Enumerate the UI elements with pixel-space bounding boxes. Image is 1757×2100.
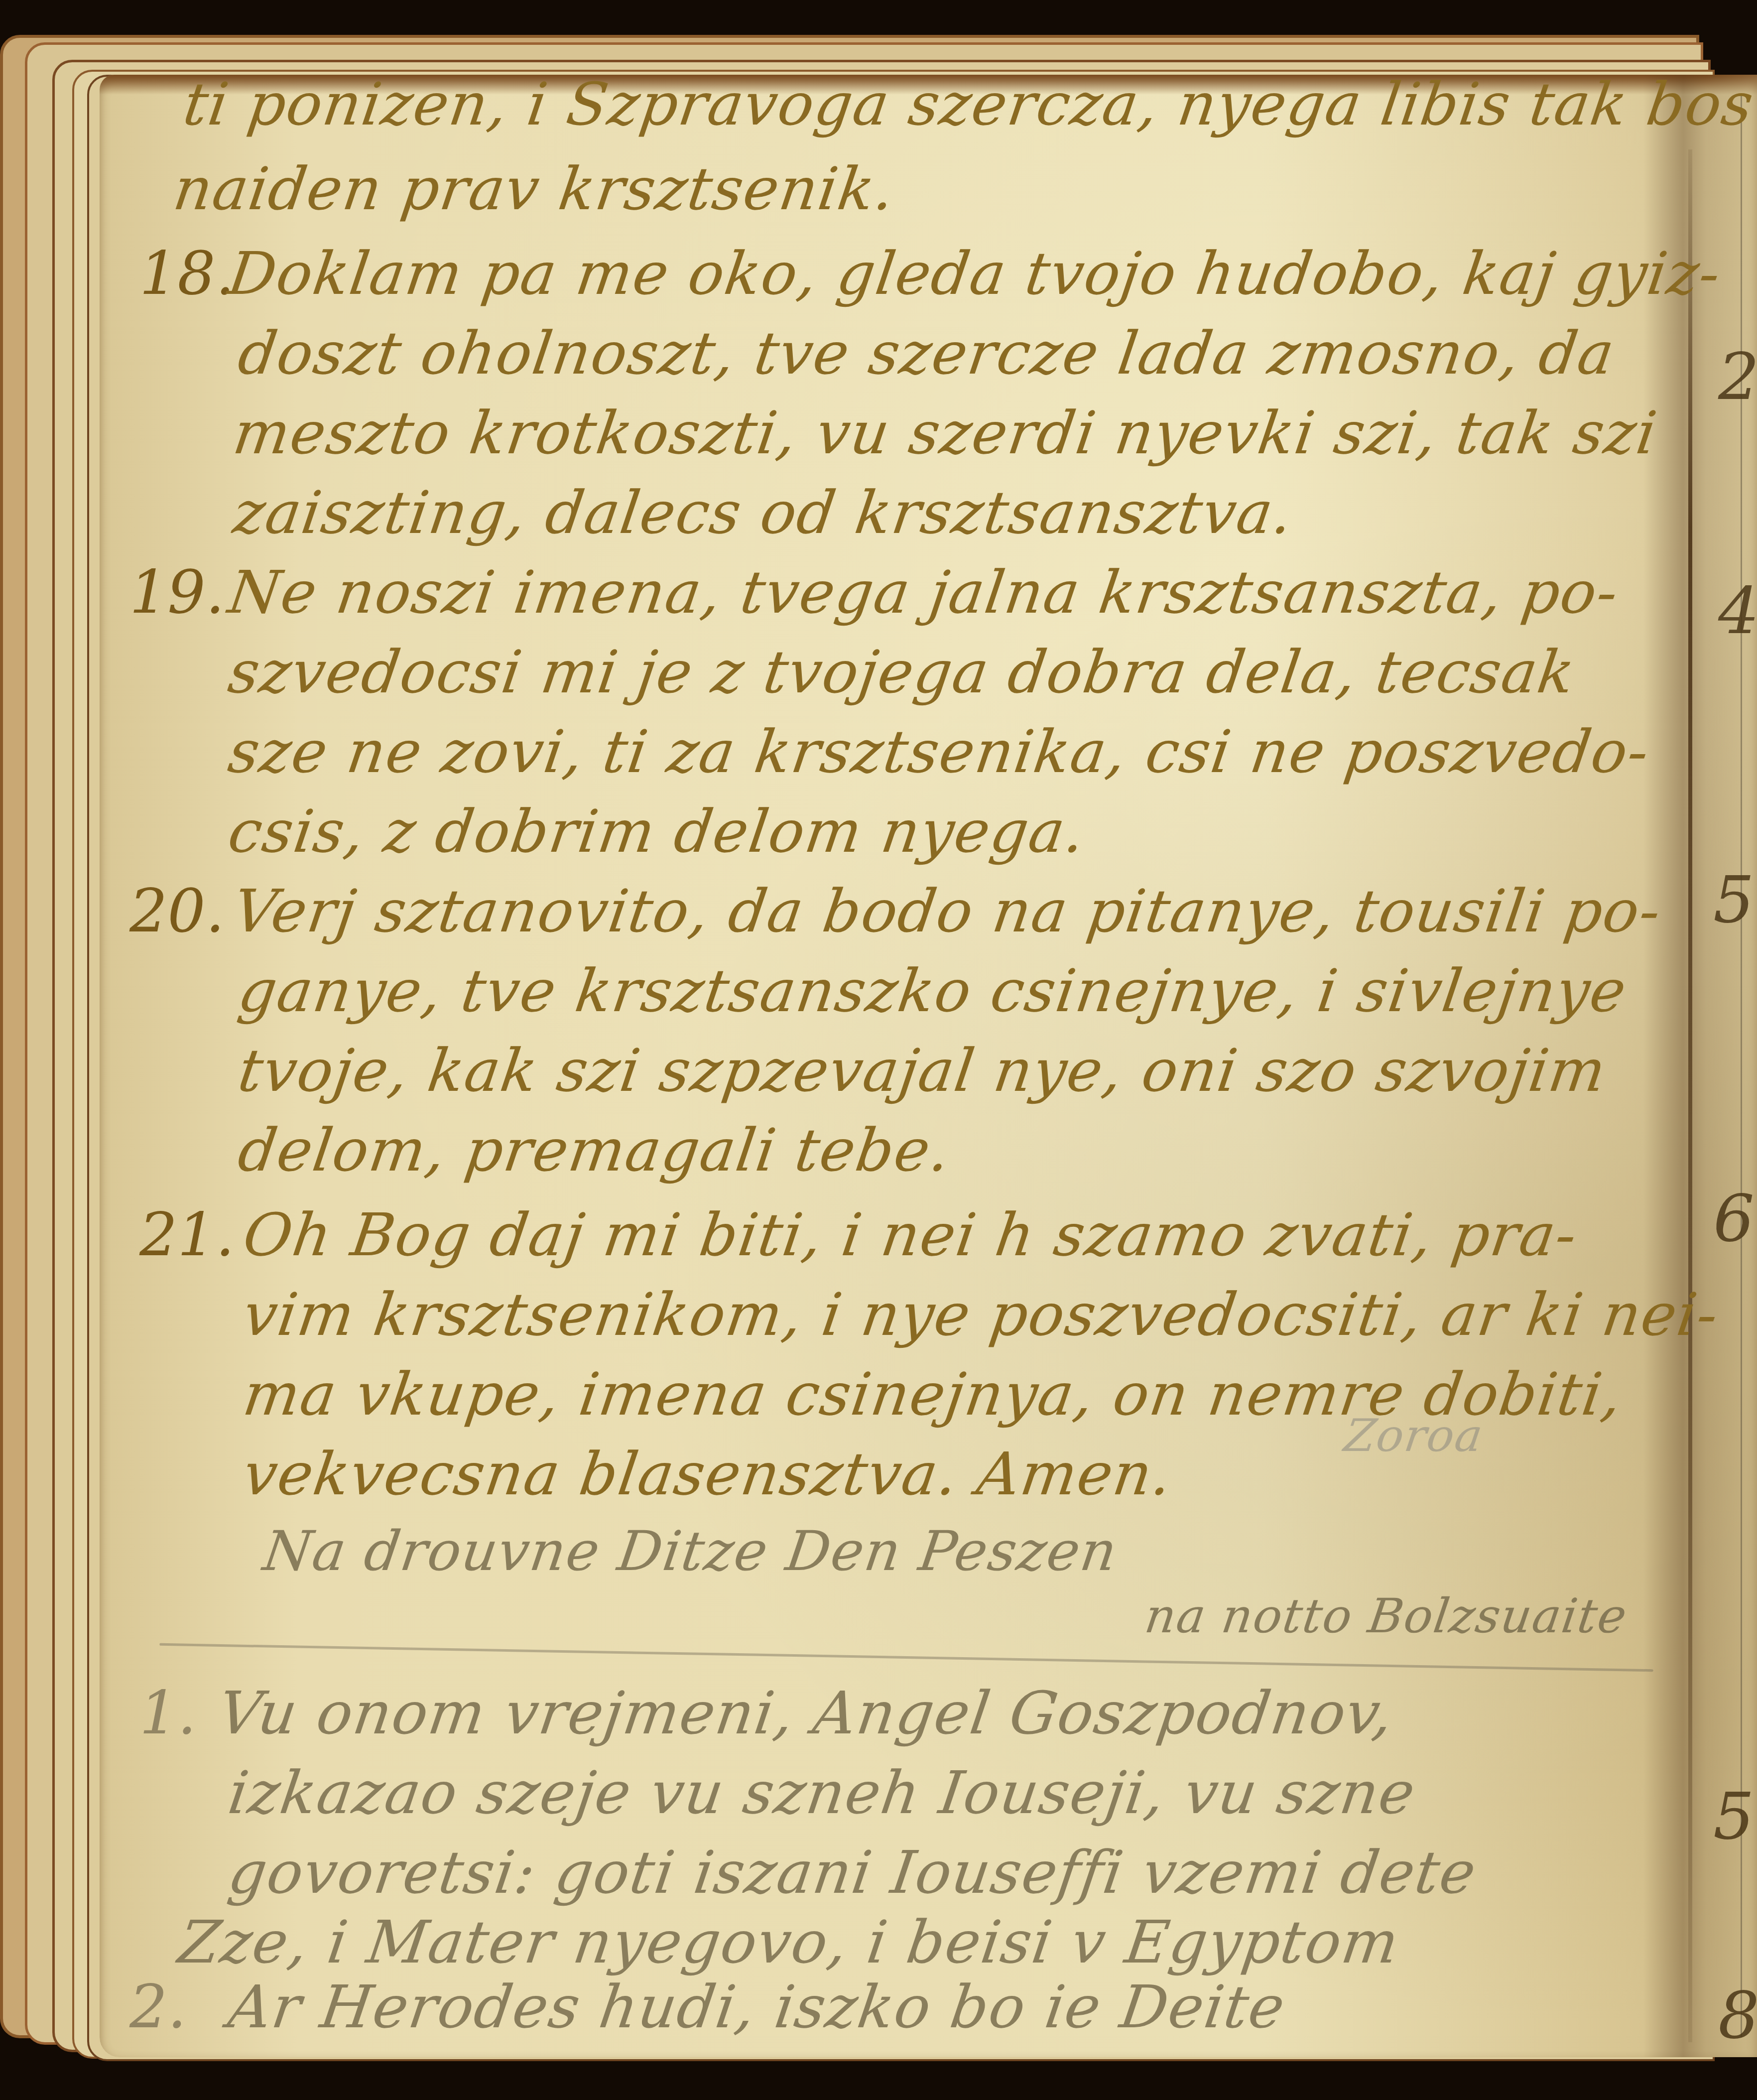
facing-margin-number: 8.: [1718, 1977, 1757, 2053]
text-line: Verj sztanovito, da bodo na pitanye, tou…: [229, 877, 1665, 945]
hymn-heading: Na drouvne Ditze Den Peszen: [259, 1519, 1122, 1583]
facing-margin-number: 5.: [1713, 862, 1757, 937]
text-line: Oh Bog daj mi biti, i nei h szamo zvati,…: [239, 1200, 1582, 1269]
text-line: tvoje, kak szi szpzevajal nye, oni szo s…: [234, 1036, 1611, 1105]
text-line: Zze, i Mater nyegovo, i beisi v Egyptom: [174, 1908, 1403, 1976]
text-line: Doklam pa me oko, gleda tvojo hudobo, ka…: [224, 239, 1725, 308]
text-line: doszt oholnoszt, tve szercze lada zmosno…: [234, 319, 1619, 388]
text-line: meszto krotkoszti, vu szerdi nyevki szi,…: [229, 398, 1661, 467]
text-line: delom, premagali tebe.: [234, 1116, 955, 1184]
verse-number: 1.: [139, 1679, 197, 1748]
text-line: Ne noszi imena, tvega jalna krsztsanszta…: [224, 558, 1623, 627]
text-line: vekvecsna blasensztva. Amen.: [239, 1440, 1177, 1508]
text-line: csis, z dobrim delom nyega.: [224, 797, 1090, 866]
text-line: izkazao szeje vu szneh Iouseji, vu szne: [224, 1758, 1420, 1827]
verse-number: 19.: [129, 558, 225, 627]
manuscript-page: ti ponizen, i Szpravoga szercza, nyega l…: [100, 75, 1757, 2057]
pencil-note: Zoroa: [1341, 1410, 1487, 1462]
facing-margin-number: 2.: [1718, 339, 1757, 414]
facing-margin-number: 4.: [1718, 573, 1757, 649]
text-line: ganye, tve krsztsanszko csinejnye, i siv…: [234, 956, 1631, 1025]
text-line: vim krsztsenikom, i nye poszvedocsiti, a…: [239, 1280, 1723, 1349]
text-line: zaiszting, dalecs od krsztsansztva.: [229, 478, 1297, 547]
facing-margin-number: 5.: [1713, 1778, 1757, 1854]
divider-line: [159, 1643, 1653, 1672]
text-line: ti ponizen, i Szpravoga szercza, nyega l…: [179, 75, 1757, 138]
verse-number: 18.: [139, 239, 235, 308]
text-line: naiden prav krsztsenik.: [169, 154, 899, 223]
hymn-subheading: na notto Bolzsuaite: [1141, 1589, 1631, 1644]
verse-number: 2.: [129, 1972, 187, 2042]
facing-margin-number: 6.: [1713, 1181, 1757, 1256]
gutter-crease: [1688, 149, 1692, 2042]
text-line: szvedocsi mi je z tvojega dobra dela, te…: [224, 638, 1579, 706]
verse-number: 21.: [139, 1200, 235, 1270]
text-line: Vu onom vrejmeni, Angel Goszpodnov,: [214, 1679, 1398, 1747]
text-line: Ar Herodes hudi, iszko bo ie Deite: [224, 1972, 1290, 2041]
verse-number: 20.: [129, 877, 225, 946]
text-line: sze ne zovi, ti za krsztsenika, csi ne p…: [224, 717, 1654, 786]
text-line: govoretsi: goti iszani Iouseffi vzemi de…: [224, 1838, 1481, 1907]
